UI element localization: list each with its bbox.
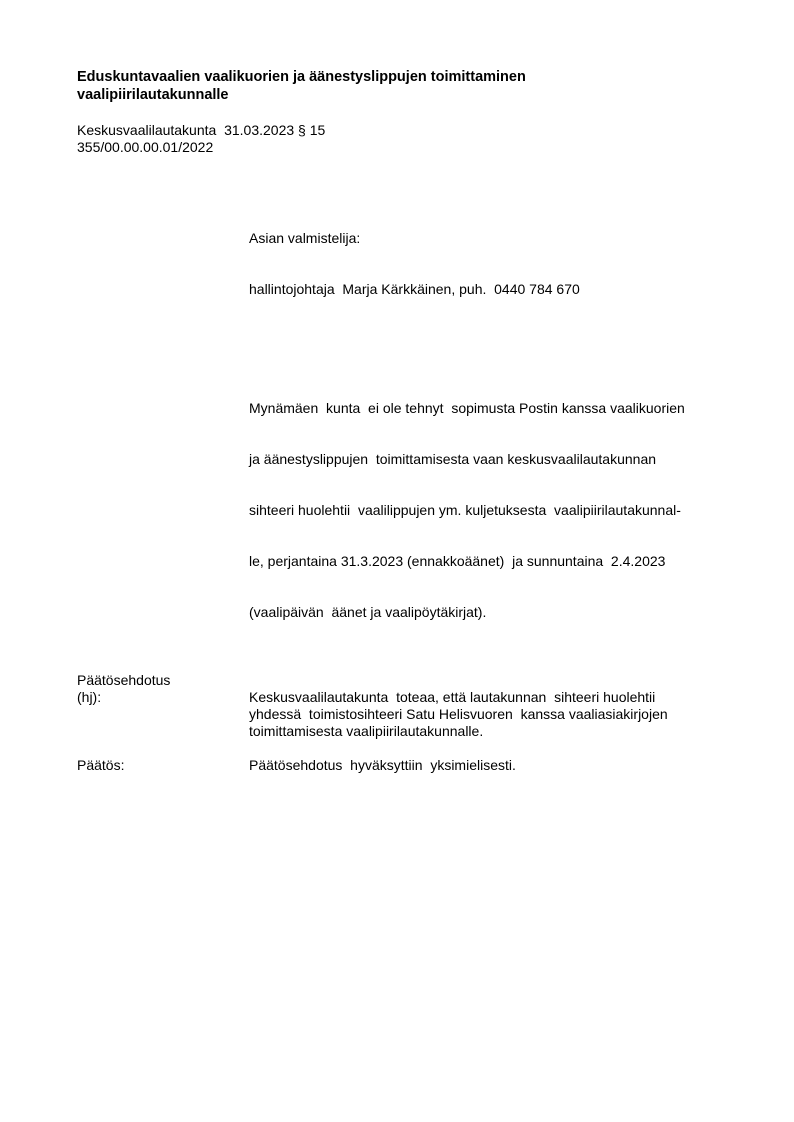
preparer-label: Asian valmistelija: bbox=[249, 230, 757, 247]
intro-line: ja äänestyslippujen toimittamisesta vaan… bbox=[249, 451, 757, 468]
intro-section: Mynämäen kunta ei ole tehnyt sopimusta P… bbox=[77, 366, 757, 655]
proposal-line: toimittamisesta vaalipiirilautakunnalle. bbox=[249, 723, 757, 740]
title-line-2: vaalipiirilautakunnalle bbox=[77, 86, 757, 104]
title-line-1: Eduskuntavaalien vaalikuorien ja äänesty… bbox=[77, 68, 757, 86]
record-number: 355/00.00.00.01/2022 bbox=[77, 139, 757, 156]
proposal-line: Keskusvaalilautakunta toteaa, että lauta… bbox=[249, 689, 757, 706]
decision-text: Päätösehdotus hyväksyttiin yksimielisest… bbox=[249, 757, 757, 774]
meeting-meta: Keskusvaalilautakunta 31.03.2023 § 15 35… bbox=[77, 122, 757, 156]
decision-section: Päätös: Päätösehdotus hyväksyttiin yksim… bbox=[77, 757, 757, 774]
preparer-person: hallintojohtaja Marja Kärkkäinen, puh. 0… bbox=[249, 281, 757, 298]
meeting-line: Keskusvaalilautakunta 31.03.2023 § 15 bbox=[77, 122, 757, 139]
document-page: Eduskuntavaalien vaalikuorien ja äänesty… bbox=[77, 68, 757, 774]
intro-line: (vaalipäivän äänet ja vaalipöytäkirjat). bbox=[249, 604, 757, 621]
decision-label: Päätös: bbox=[77, 757, 247, 774]
proposal-line: yhdessä toimistosihteeri Satu Helisvuore… bbox=[249, 706, 757, 723]
intro-line: Mynämäen kunta ei ole tehnyt sopimusta P… bbox=[249, 400, 757, 417]
proposal-label: Päätösehdotus bbox=[77, 672, 757, 689]
proposal-section: Päätösehdotus (hj): Keskusvaalilautakunt… bbox=[77, 672, 757, 740]
intro-line: le, perjantaina 31.3.2023 (ennakkoäänet)… bbox=[249, 553, 757, 570]
document-title: Eduskuntavaalien vaalikuorien ja äänesty… bbox=[77, 68, 757, 104]
proposal-label-suffix: (hj): bbox=[77, 689, 247, 706]
intro-line: sihteeri huolehtii vaalilippujen ym. kul… bbox=[249, 502, 757, 519]
preparer-section: Asian valmistelija: hallintojohtaja Marj… bbox=[77, 196, 757, 332]
